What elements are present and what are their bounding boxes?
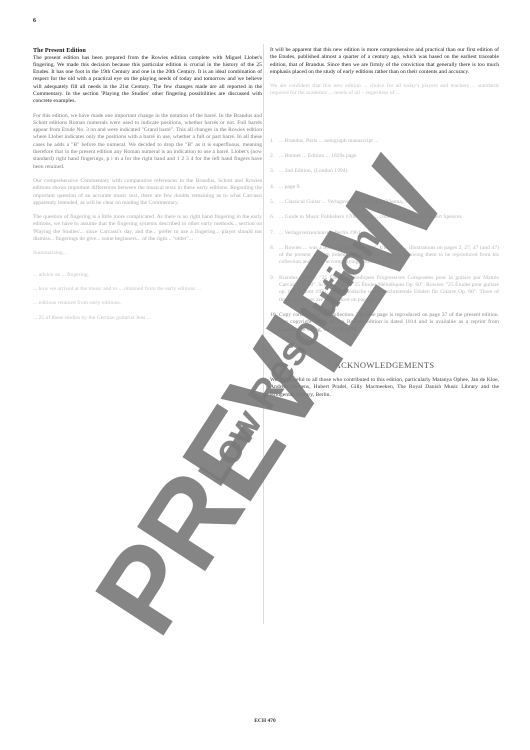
footnote: 5.... Classical Guitar ... Verlagsverzei… bbox=[270, 199, 499, 206]
footer-catalog-number: ECH 470 bbox=[0, 718, 530, 724]
paragraph: The present edition has been prepared fr… bbox=[33, 55, 262, 106]
footnote: 8.... Rowies ... was a lefty, "Classical… bbox=[270, 245, 499, 267]
section-heading: The Present Edition bbox=[33, 47, 262, 55]
footnote: 7.... Verlagsverzeichnisse, Berlin 1961. bbox=[270, 230, 499, 237]
footnotes: 1.... Brandus, Paris ... autograph manus… bbox=[270, 138, 499, 334]
paragraph: Our comprehensive Commentary with compar… bbox=[33, 178, 262, 207]
footnote: 3.... 2nd Edition, (London 1994). bbox=[270, 168, 499, 175]
footnote: 2.... Bonnet ... Edition ... 1820s page bbox=[270, 153, 499, 160]
right-column: It will be apparent that this new editio… bbox=[270, 47, 499, 406]
left-column: The Present Edition The present edition … bbox=[33, 47, 262, 329]
column-divider bbox=[263, 44, 264, 624]
footnote: 9.Brandus c.1851: "25 Études Mélodiques … bbox=[270, 275, 499, 304]
paragraph: The question of fingering is a little mo… bbox=[33, 214, 262, 243]
footnote: 6.... Guide to Music Publishers 1700 - 1… bbox=[270, 214, 499, 221]
footnote: ... advice on ... fingering. bbox=[33, 272, 262, 279]
footnote: 1.... Brandus, Paris ... autograph manus… bbox=[270, 138, 499, 145]
acknowledgements-heading: ACKNOWLEDGEMENTS bbox=[270, 362, 499, 369]
footnote: 10.Copy consulted in my collection. The … bbox=[270, 312, 499, 334]
acknowledgements-text: We are grateful to all those who contrib… bbox=[270, 377, 499, 399]
paragraph: We are confident that this new edition .… bbox=[270, 83, 499, 98]
paragraph: Summarising... bbox=[33, 250, 262, 257]
footnote: ... editions retained from early edition… bbox=[33, 300, 262, 307]
paragraph: For this edition, we have made one impor… bbox=[33, 113, 262, 171]
page-number: 6 bbox=[33, 18, 36, 24]
paragraph: It will be apparent that this new editio… bbox=[270, 47, 499, 76]
footnote: 4.... page 9. bbox=[270, 184, 499, 191]
footnote: ... how we arrived at the music and to .… bbox=[33, 286, 262, 293]
footnote: ... 25 of these studies by the German gu… bbox=[33, 315, 262, 322]
